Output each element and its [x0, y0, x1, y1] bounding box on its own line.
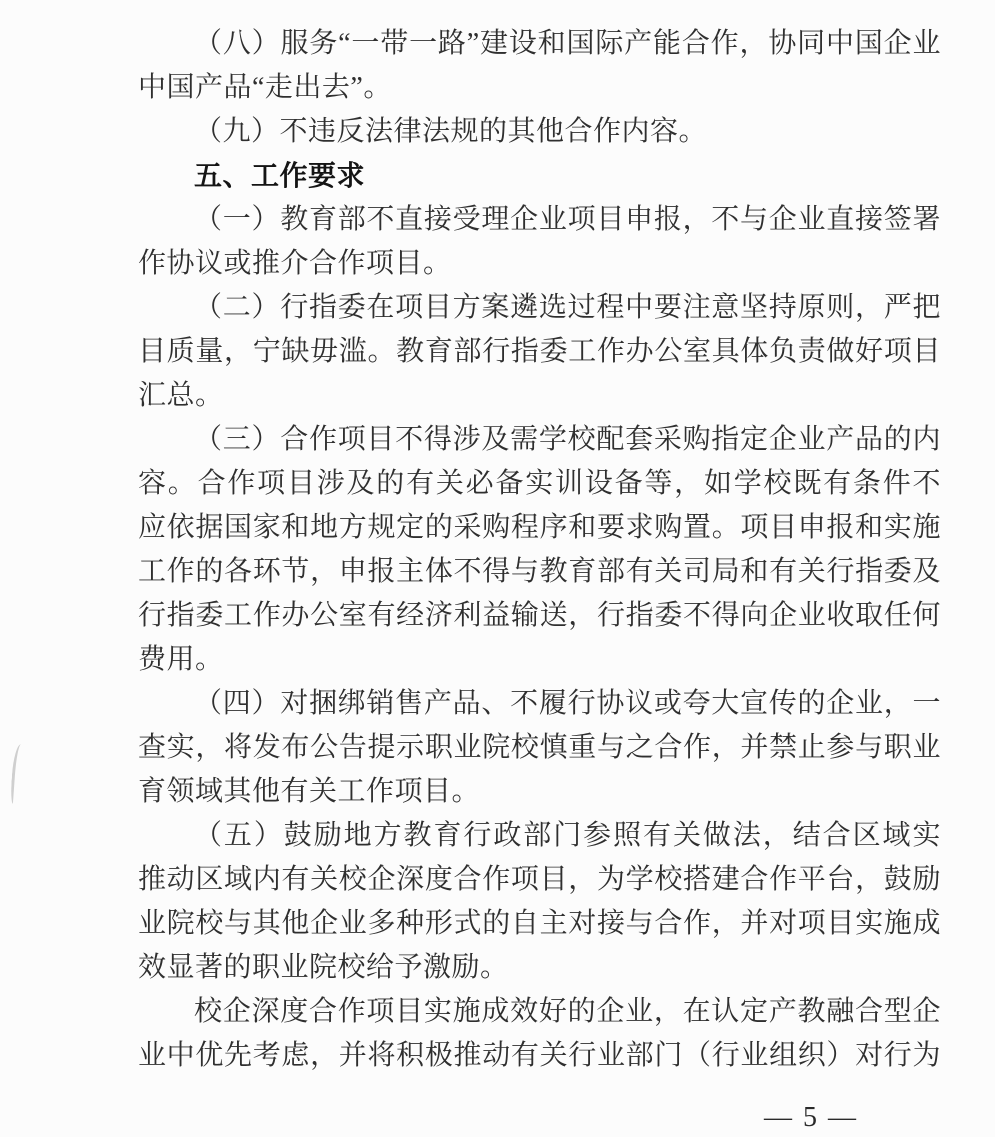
page-number: — 5 —: [756, 1098, 866, 1137]
paragraph: （八）服务“一带一路”建设和国际产能合作，协同中国企业和中国产品“走出去”。: [138, 22, 941, 110]
scan-artifact-mark: [10, 744, 24, 805]
paragraph: （四）对捆绑销售产品、不履行协议或夸大宣传的企业，一经查实，将发布公告提示职业院…: [138, 682, 941, 814]
text-line: （五）鼓励地方教育行政部门参照有关做法，结合区域实际，: [138, 814, 941, 858]
text-line: 汇总。: [138, 374, 941, 418]
text-line: 效显著的职业院校给予激励。: [138, 946, 941, 990]
text-line: 五、工作要求: [138, 154, 941, 198]
document-page: （八）服务“一带一路”建设和国际产能合作，协同中国企业和中国产品“走出去”。（九…: [0, 0, 995, 1137]
text-line: 行指委工作办公室有经济利益输送，行指委不得向企业收取任何: [138, 594, 941, 638]
text-line: 校企深度合作项目实施成效好的企业，在认定产教融合型企: [138, 990, 941, 1034]
text-line: 费用。: [138, 638, 941, 682]
text-line: 推动区域内有关校企深度合作项目，为学校搭建合作平台，鼓励职: [138, 858, 941, 902]
text-line: 工作的各环节，申报主体不得与教育部有关司局和有关行指委及: [138, 550, 941, 594]
text-line: 应依据国家和地方规定的采购程序和要求购置。项目申报和实施: [138, 506, 941, 550]
text-line: 育领域其他有关工作项目。: [138, 770, 941, 814]
text-line: 查实，将发布公告提示职业院校慎重与之合作，并禁止参与职业教: [138, 726, 941, 770]
section-heading: 五、工作要求: [138, 154, 941, 198]
paragraph: （九）不违反法律法规的其他合作内容。: [138, 110, 941, 154]
text-line: 中国产品“走出去”。: [138, 66, 941, 110]
text-line: 作协议或推介合作项目。: [138, 242, 941, 286]
text-line: （九）不违反法律法规的其他合作内容。: [138, 110, 941, 154]
text-line: 业院校与其他企业多种形式的自主对接与合作，并对项目实施成: [138, 902, 941, 946]
paragraph: （三）合作项目不得涉及需学校配套采购指定企业产品的内容。合作项目涉及的有关必备实…: [138, 418, 941, 682]
text-line: （三）合作项目不得涉及需学校配套采购指定企业产品的内: [138, 418, 941, 462]
paragraph: （五）鼓励地方教育行政部门参照有关做法，结合区域实际，推动区域内有关校企深度合作…: [138, 814, 941, 990]
text-line: 目质量，宁缺毋滥。教育部行指委工作办公室具体负责做好项目: [138, 330, 941, 374]
document-body: （八）服务“一带一路”建设和国际产能合作，协同中国企业和中国产品“走出去”。（九…: [138, 22, 941, 1078]
text-line: （二）行指委在项目方案遴选过程中要注意坚持原则，严把项: [138, 286, 941, 330]
text-line: 业中优先考虑，并将积极推动有关行业部门（行业组织）对行为规: [138, 1034, 941, 1078]
text-line: （四）对捆绑销售产品、不履行协议或夸大宣传的企业，一经: [138, 682, 941, 726]
paragraph: （二）行指委在项目方案遴选过程中要注意坚持原则，严把项目质量，宁缺毋滥。教育部行…: [138, 286, 941, 418]
text-line: （一）教育部不直接受理企业项目申报，不与企业直接签署合: [138, 198, 941, 242]
paragraph: 校企深度合作项目实施成效好的企业，在认定产教融合型企业中优先考虑，并将积极推动有…: [138, 990, 941, 1078]
text-line: （八）服务“一带一路”建设和国际产能合作，协同中国企业和: [138, 22, 941, 66]
text-line: 容。合作项目涉及的有关必备实训设备等，如学校既有条件不足，: [138, 462, 941, 506]
paragraph: （一）教育部不直接受理企业项目申报，不与企业直接签署合作协议或推介合作项目。: [138, 198, 941, 286]
